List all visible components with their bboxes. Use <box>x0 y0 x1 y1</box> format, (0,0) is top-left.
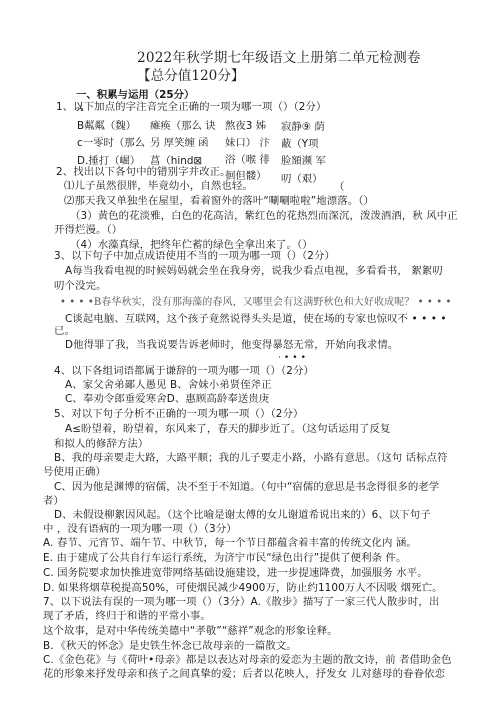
q6-stem: 中 ，没有语病的一项为哪一项（）（3分） <box>43 523 237 536</box>
q7-option-c-line1: C.《金色花》与《荷叶•母亲》都是以表达对母亲的爱恋为主题的散文诗，前 者借助金… <box>43 654 452 667</box>
q1-col1-row1: B粼粼（魏） <box>77 117 136 132</box>
q5-option-a-line2: 和拟人的修辞方法） <box>54 438 148 451</box>
q6-option-c: C. 国务院要求加快推进宽带网络基础设施建设，进一步提速降费，加强服务 水平。 <box>43 567 428 580</box>
q4-options-ab: A、家父舍弟鄙人愚见 B、舍妹小弟贤侄斧正 <box>65 379 272 392</box>
q2-item-3-cont: 开得烂漫。（） <box>54 224 122 237</box>
q3-stem: 3、以下句子中加点成语使用不当的一项为哪一项（）（2分） <box>54 250 335 263</box>
q1-col4-row3: 脸額濒 军 <box>281 152 326 167</box>
q1-col2-row2: 另 厚笑缠 函 <box>150 134 209 149</box>
q2-item-3: （3）黄色的花淡雅，白色的花高洁，紫红色的花热烈而深沉，泼泼酒酒，秋 风中正 <box>70 210 458 223</box>
q1-col1-row2: c一零时（那么 <box>77 134 145 149</box>
q5-option-a-line1: A≤盼望着，盼望着，东风来了，春天的脚步近了。（这句话运用了反复 <box>65 423 391 436</box>
q2-item-1: ⑴儿子虽然很胖，毕竟幼小，自然也轻。 <box>64 180 253 193</box>
q7-option-b: B．《秋天的怀念》是史铁生怀念已故母亲的一篇散文。 <box>43 640 297 653</box>
q1-col1-row3: D.捶打（崛） <box>77 152 140 167</box>
q3-option-a-line2: 叨个没完。 <box>54 280 106 293</box>
q2-stem: 2、找出以下各句中的错别字并改正。 <box>56 166 231 179</box>
q5-option-c-line1: C、因为他是渊博的宿儒，决不至于不知道。（句中“宿儒的意思是书念得很多的老学 <box>54 481 439 494</box>
q5-option-b-line2: 号使用正确） <box>43 466 106 479</box>
document-title: 2022年秋学期七年级语文上册第二单元检测卷 <box>137 46 421 66</box>
q6-option-a: A. 春节、元宵节、端午节、中秋节，每一个节日都蕴含着丰富的传统文化内 涵。 <box>43 537 417 550</box>
q5-option-d-line1: D、未假设柳絮因风起。（这个比喻是谢太傅的女儿谢道希说出来的）6、以下句子 <box>54 509 431 522</box>
q6-option-b: E. 由于建成了公共自行车运行系统，为济宁市民“绿色出行”提供了便利条 件。 <box>43 552 407 565</box>
q7-option-a-cont: 这个故事，是对中华传统美德中“孝敬”“慈祥”观念的形象诠释。 <box>43 625 338 638</box>
q7-stem-line1: 7、以下说法有误的一项为哪一项（）（3分）A.《散步》描写了一家三代人散步时，出 <box>43 596 439 609</box>
q3-option-c-line1: C谈起电脑、互联网，这个孩子竟然说得头头是道，使在场的专家也惊叹不 • • • … <box>65 313 447 326</box>
section-heading-accumulation: 一、积累与运用（25分） <box>76 86 194 101</box>
q3-option-c-line2: 已。 <box>54 325 75 338</box>
q1-col2-row1: 瘫痪（那么 诀 <box>150 117 216 132</box>
q4-options-cd: C、奉劝令郎垂爱寒舍D、惠顾高龄奉送贵庚 <box>65 393 269 406</box>
q1-col4-row1: 寂静⑨ 荫 <box>281 118 325 133</box>
q6-option-d: D. 如果将烟草税提高50%，可使烟民减少4900万，防止约1100万人不因吸 … <box>43 582 443 595</box>
q5-stem: 5、对以下句子分析不正确的一项为哪一项（）（2分） <box>54 408 304 421</box>
q3-option-a-line1: A每当我看电视的时候妈妈就会坐在我身旁，说我少看点电视，多看看书， 絮絮叨 <box>65 265 443 278</box>
q3-option-d: D他得罪了我，当我说要告诉老师时，他变得暴怒无常，开始向我求情。 <box>65 339 398 352</box>
q1-stem: 1、以下加点的字注音完全正确的一项为哪一项（）（2分） <box>56 101 326 114</box>
q2-item-1-paren: （ <box>334 181 345 194</box>
q7-option-c-line2: 花的形象来抒发母亲和孩子之间真挚的爱；后者以花映人，抒发女 儿对慈母的眷眷依恋 <box>43 668 445 681</box>
q4-stem: 4、以下各组词语都属于谦辞的一项为哪一项（）（2分） <box>54 365 314 378</box>
q5-option-b-line1: B、我的母亲要走大路，大路平顺；我的儿子要走小路，小路有意思。（这句 话标点符 <box>54 452 448 465</box>
q1-col3-row2: 妹口） 汴 <box>225 134 270 149</box>
q7-stem-line2: 现了矛盾，终归于和谐的平常小事。 <box>43 610 211 623</box>
q5-option-c-line2: 者） <box>43 495 64 508</box>
q1-col3-row3: 浴（喉 徘 <box>225 151 270 166</box>
document-subtitle-total-score: 【总分值120分】 <box>137 64 245 84</box>
q2-item-2: ⑵那天我又单独坐在屋里，看着窗外的落叶“唰唰啦啦”地漂落。（） <box>64 195 374 208</box>
q3-emphasis-dots: · • • • <box>278 352 306 365</box>
q1-col4-row2: 蔽（Y项 <box>281 135 319 150</box>
q1-col2-row3: 菖（hind⊠ <box>150 152 202 167</box>
q1-col3-row1: 熬夜3 姊 <box>225 117 266 132</box>
q1-col4-row4: 叨（艰） <box>281 170 323 185</box>
q1-overlap-mark: A <box>77 104 83 113</box>
q3-option-b: • • • •B春华秋实，没有那海藻的春风，又哪里会有这满野秋色和大好收成呢？ … <box>60 296 452 309</box>
